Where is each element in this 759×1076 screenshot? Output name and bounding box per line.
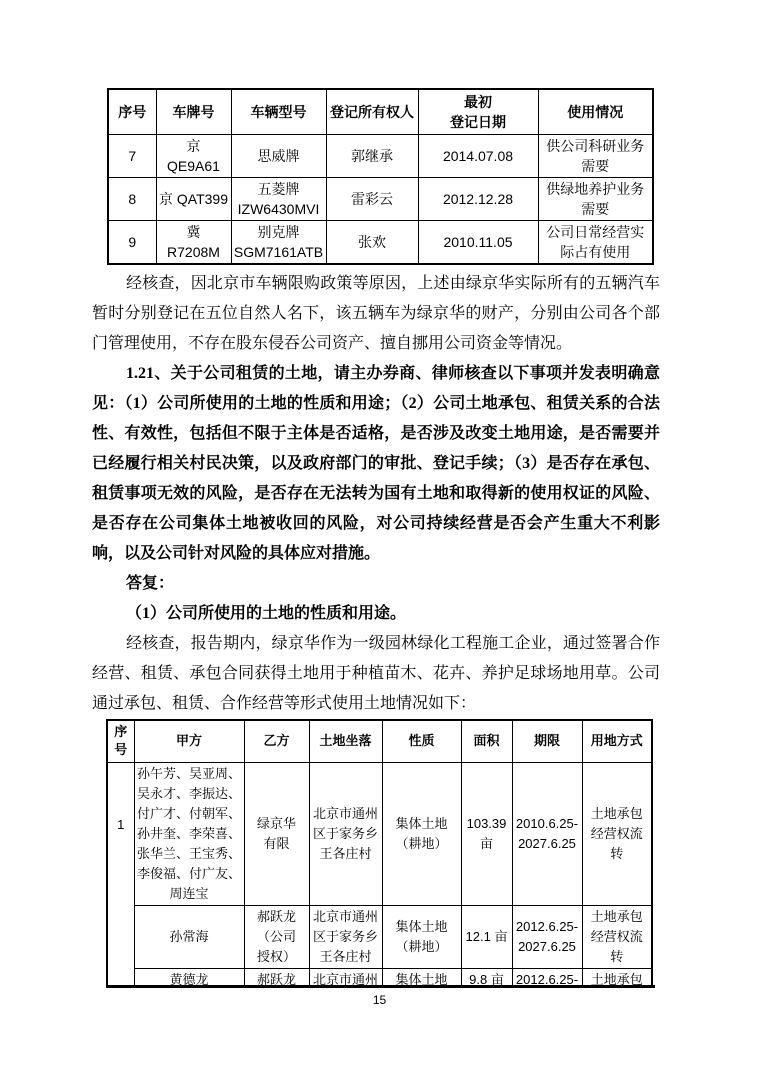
cell-owner: 张欢 [326,220,418,264]
vehicle-header-owner: 登记所有权人 [326,89,418,134]
table-row: 1 孙午芳、吴亚周、 吴永才、李振达、 付广才、付朝军、 孙井奎、李荣喜、 张华… [107,763,652,906]
land-table: 序 号 甲方 乙方 土地坐落 性质 面积 期限 用地方式 1 孙午芳、吴亚周、 … [106,719,653,988]
vehicle-header-reg-date: 最初 登记日期 [418,89,538,134]
cell-party-b: 绿京华 有限 [244,763,309,906]
table-row: 8 京 QAT399 五菱牌 IZW6430MVI 雷彩云 2012.12.28… [108,177,653,220]
cell-model: 别克牌 SGM7161ATB [231,220,326,264]
land-header-nature: 性质 [382,720,461,763]
vehicle-header-model: 车辆型号 [231,89,326,134]
vehicle-table-header-row: 序号 车牌号 车辆型号 登记所有权人 最初 登记日期 使用情况 [108,89,653,134]
document-page: 序号 车牌号 车辆型号 登记所有权人 最初 登记日期 使用情况 7 京 QE9A… [0,0,759,1076]
land-header-party-b: 乙方 [244,720,309,763]
cell-model: 思威牌 [231,134,326,177]
cell-usage: 供公司科研业务 需要 [538,134,653,177]
vehicle-header-seq: 序号 [108,89,156,134]
table-row: 9 冀 R7208M 别克牌 SGM7161ATB 张欢 2010.11.05 … [108,220,653,264]
cell-seq: 8 [108,177,156,220]
cell-owner: 雷彩云 [326,177,418,220]
cell-location: 北京市通州 [309,969,382,988]
cell-owner: 郭继承 [326,134,418,177]
table-row: 黄德龙 郝跃龙 北京市通州 集体土地 9.8 亩 2012.6.25- 土地承包 [107,969,652,988]
cell-party-b: 郝跃龙 [244,969,309,988]
paragraph-reply-item-1: （1）公司所使用的土地的性质和用途。 [92,599,660,629]
vehicle-table: 序号 车牌号 车辆型号 登记所有权人 最初 登记日期 使用情况 7 京 QE9A… [107,88,654,265]
land-table-wrapper: 序 号 甲方 乙方 土地坐落 性质 面积 期限 用地方式 1 孙午芳、吴亚周、 … [106,719,655,988]
page-content: 序号 车牌号 车辆型号 登记所有权人 最初 登记日期 使用情况 7 京 QE9A… [92,88,660,988]
page-number: 15 [0,993,759,1007]
cell-model: 五菱牌 IZW6430MVI [231,177,326,220]
cell-term: 2010.6.25- 2027.6.25 [512,763,582,906]
cell-term: 2012.6.25- 2027.6.25 [512,906,582,969]
cell-use-mode: 土地承包 [582,969,652,988]
cell-term: 2012.6.25- [512,969,582,988]
cell-plate: 冀 R7208M [156,220,231,264]
cell-area: 12.1 亩 [461,906,512,969]
cell-party-a: 孙午芳、吴亚周、 吴永才、李振达、 付广才、付朝军、 孙井奎、李荣喜、 张华兰、… [134,763,244,906]
cell-reg-date: 2010.11.05 [418,220,538,264]
cell-reg-date: 2014.07.08 [418,134,538,177]
cell-seq: 9 [108,220,156,264]
paragraph-land-intro: 经核查，报告期内，绿京华作为一级园林绿化工程施工企业，通过签署合作经营、租赁、承… [92,629,660,719]
paragraph-reply-label: 答复： [92,569,660,599]
cell-location: 北京市通州 区于家务乡 王各庄村 [309,763,382,906]
cell-usage: 供绿地养护业务 需要 [538,177,653,220]
body-text: 经核查，因北京市车辆限购政策等原因，上述由绿京华实际所有的五辆汽车暂时分别登记在… [92,269,660,719]
cell-area: 103.39 亩 [461,763,512,906]
paragraph-vehicle-verification: 经核查，因北京市车辆限购政策等原因，上述由绿京华实际所有的五辆汽车暂时分别登记在… [92,269,660,359]
land-header-seq: 序 号 [107,720,134,763]
cell-area: 9.8 亩 [461,969,512,988]
cell-seq: 7 [108,134,156,177]
land-header-party-a: 甲方 [134,720,244,763]
cell-seq: 1 [107,763,134,988]
cell-usage: 公司日常经营实 际占有使用 [538,220,653,264]
cell-location: 北京市通州 区于家务乡 王各庄村 [309,906,382,969]
vehicle-header-usage: 使用情况 [538,89,653,134]
cell-use-mode: 土地承包 经营权流 转 [582,906,652,969]
land-header-use-mode: 用地方式 [582,720,652,763]
cell-reg-date: 2012.12.28 [418,177,538,220]
vehicle-header-plate: 车牌号 [156,89,231,134]
cell-party-a: 黄德龙 [134,969,244,988]
land-header-term: 期限 [512,720,582,763]
cell-nature: 集体土地 [382,969,461,988]
cell-nature: 集体土地 （耕地） [382,906,461,969]
land-header-location: 土地坐落 [309,720,382,763]
cell-party-b: 郝跃龙 （公司 授权） [244,906,309,969]
paragraph-question-1-21: 1.21、关于公司租赁的土地，请主办券商、律师核查以下事项并发表明确意见：（1）… [92,359,660,569]
land-table-header-row: 序 号 甲方 乙方 土地坐落 性质 面积 期限 用地方式 [107,720,652,763]
cell-nature: 集体土地 （耕地） [382,763,461,906]
cell-use-mode: 土地承包 经营权流 转 [582,763,652,906]
cell-plate: 京 QE9A61 [156,134,231,177]
land-header-area: 面积 [461,720,512,763]
cell-party-a: 孙常海 [134,906,244,969]
table-row: 7 京 QE9A61 思威牌 郭继承 2014.07.08 供公司科研业务 需要 [108,134,653,177]
cell-plate: 京 QAT399 [156,177,231,220]
table-row: 孙常海 郝跃龙 （公司 授权） 北京市通州 区于家务乡 王各庄村 集体土地 （耕… [107,906,652,969]
